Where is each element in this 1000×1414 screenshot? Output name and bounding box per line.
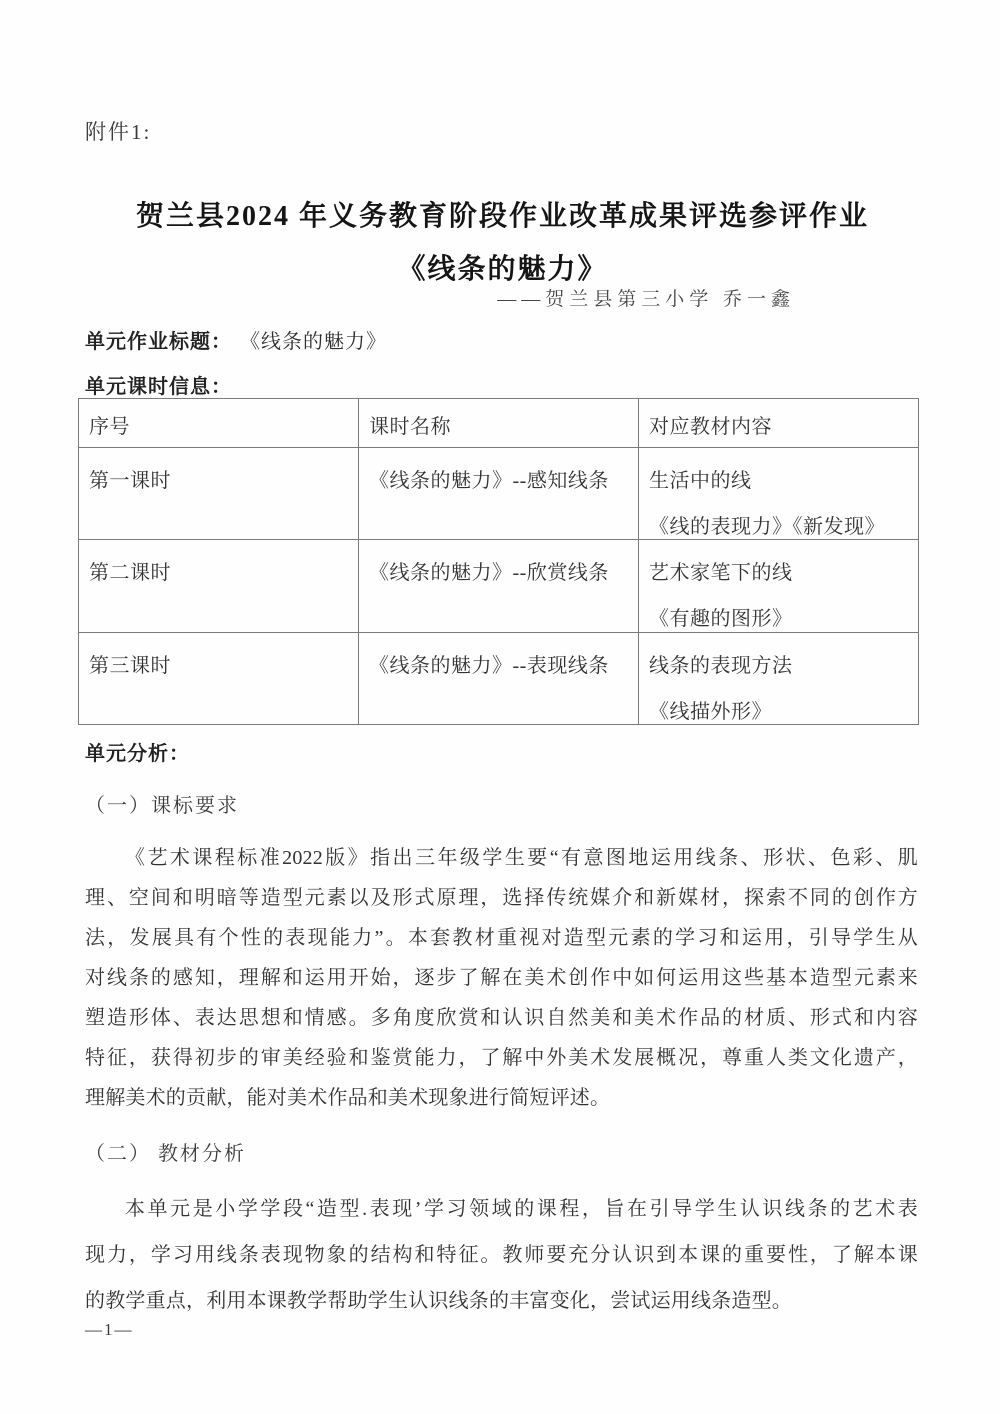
cell-content-line1: 艺术家笔下的线 <box>649 556 908 585</box>
section2-paragraph: 本单元是小学学段“造型.表现’学习领域的课程，旨在引导学生认识线条的艺术表 现力… <box>85 1186 918 1324</box>
unit-title-label: 单元作业标题： <box>85 325 232 354</box>
author-byline: ——贺兰县第三小学 乔一鑫 <box>80 284 925 311</box>
document-title-line2: 《线条的魅力》 <box>80 247 925 287</box>
paragraph-line: 本单元是小学学段“造型.表现’学习领域的课程，旨在引导学生认识线条的艺术表 <box>85 1186 918 1232</box>
cell-content: 生活中的线 《线的表现力》《新发现》 <box>639 448 919 540</box>
paragraph-line: 对线条的感知，理解和运用开始，逐步了解在美术创作中如何运用这些基本造型元素来 <box>85 958 918 998</box>
cell-content-line2: 《线的表现力》《新发现》 <box>649 510 908 539</box>
section2-heading: （二） 教材分析 <box>85 1137 246 1166</box>
table-row: 第三课时 《线条的魅力》--表现线条 线条的表现方法 《线描外形》 <box>79 633 919 725</box>
table-header-name: 课时名称 <box>359 399 639 448</box>
cell-name: 《线条的魅力》--感知线条 <box>359 448 639 540</box>
section1-paragraph: 《艺术课程标准2022版》指出三年级学生要“有意图地运用线条、形状、色彩、肌 理… <box>85 838 918 1118</box>
document-title-line1: 贺兰县2024 年义务教育阶段作业改革成果评选参评作业 <box>80 194 925 234</box>
paragraph-line: 特征，获得初步的审美经验和鉴赏能力，了解中外美术发展概况，尊重人类文化遗产， <box>85 1038 918 1078</box>
paragraph-line: 法，发展具有个性的表现能力”。本套教材重视对造型元素的学习和运用，引导学生从 <box>85 918 918 958</box>
page-number: —1— <box>85 1320 134 1340</box>
paragraph-line: 理解美术的贡献，能对美术作品和美术现象进行简短评述。 <box>85 1078 918 1118</box>
paragraph-line: 塑造形体、表达思想和情感。多角度欣赏和认识自然美和美术作品的材质、形式和内容 <box>85 998 918 1038</box>
section1-heading: （一）课标要求 <box>85 789 239 818</box>
unit-title-value: 《线条的魅力》 <box>240 325 387 354</box>
lesson-info-table: 序号 课时名称 对应教材内容 第一课时 《线条的魅力》--感知线条 生活中的线 … <box>78 398 919 725</box>
cell-content: 艺术家笔下的线 《有趣的图形》 <box>639 540 919 633</box>
paragraph-line: 《艺术课程标准2022版》指出三年级学生要“有意图地运用线条、形状、色彩、肌 <box>85 838 918 878</box>
table-header-row: 序号 课时名称 对应教材内容 <box>79 399 919 448</box>
cell-content-line1: 线条的表现方法 <box>649 649 908 678</box>
paragraph-line: 现力，学习用线条表现物象的结构和特征。教师要充分认识到本课的重要性，了解本课 <box>85 1232 918 1278</box>
cell-content-line2: 《有趣的图形》 <box>649 602 908 631</box>
lesson-info-label: 单元课时信息： <box>85 370 232 399</box>
unit-title-row: 单元作业标题： 《线条的魅力》 <box>85 325 387 354</box>
cell-seq: 第二课时 <box>79 540 359 633</box>
unit-analysis-heading: 单元分析： <box>85 737 190 766</box>
table-header-content: 对应教材内容 <box>639 399 919 448</box>
table-row: 第一课时 《线条的魅力》--感知线条 生活中的线 《线的表现力》《新发现》 <box>79 448 919 540</box>
paragraph-line: 理、空间和明暗等造型元素以及形式原理，选择传统媒介和新媒材，探索不同的创作方 <box>85 878 918 918</box>
cell-name: 《线条的魅力》--表现线条 <box>359 633 639 725</box>
attachment-label: 附件1: <box>85 116 151 146</box>
cell-content-line1: 生活中的线 <box>649 464 908 493</box>
table-header-seq: 序号 <box>79 399 359 448</box>
cell-content: 线条的表现方法 《线描外形》 <box>639 633 919 725</box>
cell-content-line2: 《线描外形》 <box>649 695 908 724</box>
lesson-info-row: 单元课时信息： <box>85 370 232 399</box>
cell-seq: 第一课时 <box>79 448 359 540</box>
paragraph-line: 的教学重点，利用本课教学帮助学生认识线条的丰富变化，尝试运用线条造型。 <box>85 1278 918 1324</box>
cell-name: 《线条的魅力》--欣赏线条 <box>359 540 639 633</box>
cell-seq: 第三课时 <box>79 633 359 725</box>
table-row: 第二课时 《线条的魅力》--欣赏线条 艺术家笔下的线 《有趣的图形》 <box>79 540 919 633</box>
document-page: 附件1: 贺兰县2024 年义务教育阶段作业改革成果评选参评作业 《线条的魅力》… <box>0 0 1000 1414</box>
